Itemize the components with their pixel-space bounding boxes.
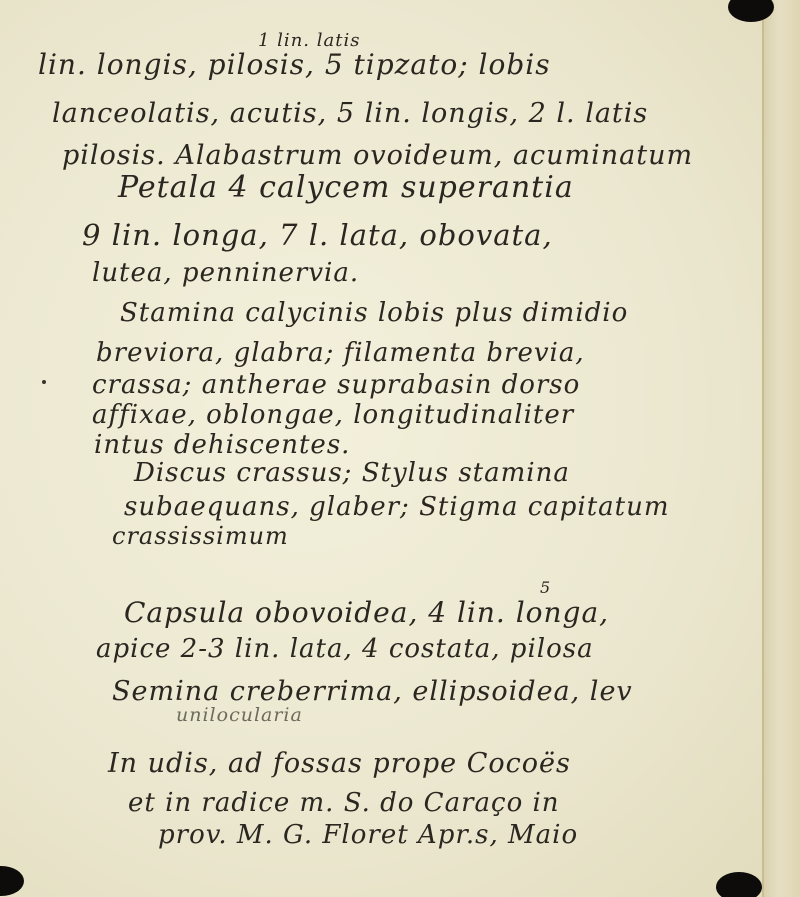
line-insert-unilocularia: unilocularia [176,704,303,726]
line-10: affixae, oblongae, longitudinaliter [92,400,574,430]
line-7: Stamina calycinis lobis plus dimidio [120,298,628,328]
line-3: pilosis. Alabastrum ovoideum, acuminatum [62,140,693,171]
line-19: In udis, ad fossas prope Cocoës [108,748,571,779]
line-4: Petala 4 calycem superantia [118,170,574,205]
binding-hole-bottom-right [716,872,762,897]
line-13: subaequans, glaber; Stigma capitatum [124,492,670,522]
superscript-5: 5 [540,578,551,597]
line-6: lutea, penninervia. [92,258,359,288]
line-1: lin. longis, pilosis, 5 tipzato; lobis [38,48,551,81]
line-2: lanceolatis, acutis, 5 lin. longis, 2 l.… [52,98,648,129]
line-12: Discus crassus; Stylus stamina [134,458,570,488]
line-14: crassissimum [112,522,289,550]
line-16: apice 2-3 lin. lata, 4 costata, pilosa [96,634,594,664]
line-8: breviora, glabra; filamenta brevia, [96,338,585,368]
ink-dot [42,380,46,384]
line-11: intus dehiscentes. [94,430,350,460]
line-21: prov. M. G. Floret Apr.s, Maio [158,820,578,850]
line-20: et in radice m. S. do Caraço in [128,788,560,818]
mount-paper-edge [762,0,800,897]
line-5: 9 lin. longa, 7 l. lata, obovata, [82,218,553,252]
line-15: Capsula obovoidea, 4 lin. longa, [124,596,609,629]
line-9: crassa; antherae suprabasin dorso [92,370,580,400]
line-17: Semina creberrima, ellipsoidea, lev [112,676,633,707]
